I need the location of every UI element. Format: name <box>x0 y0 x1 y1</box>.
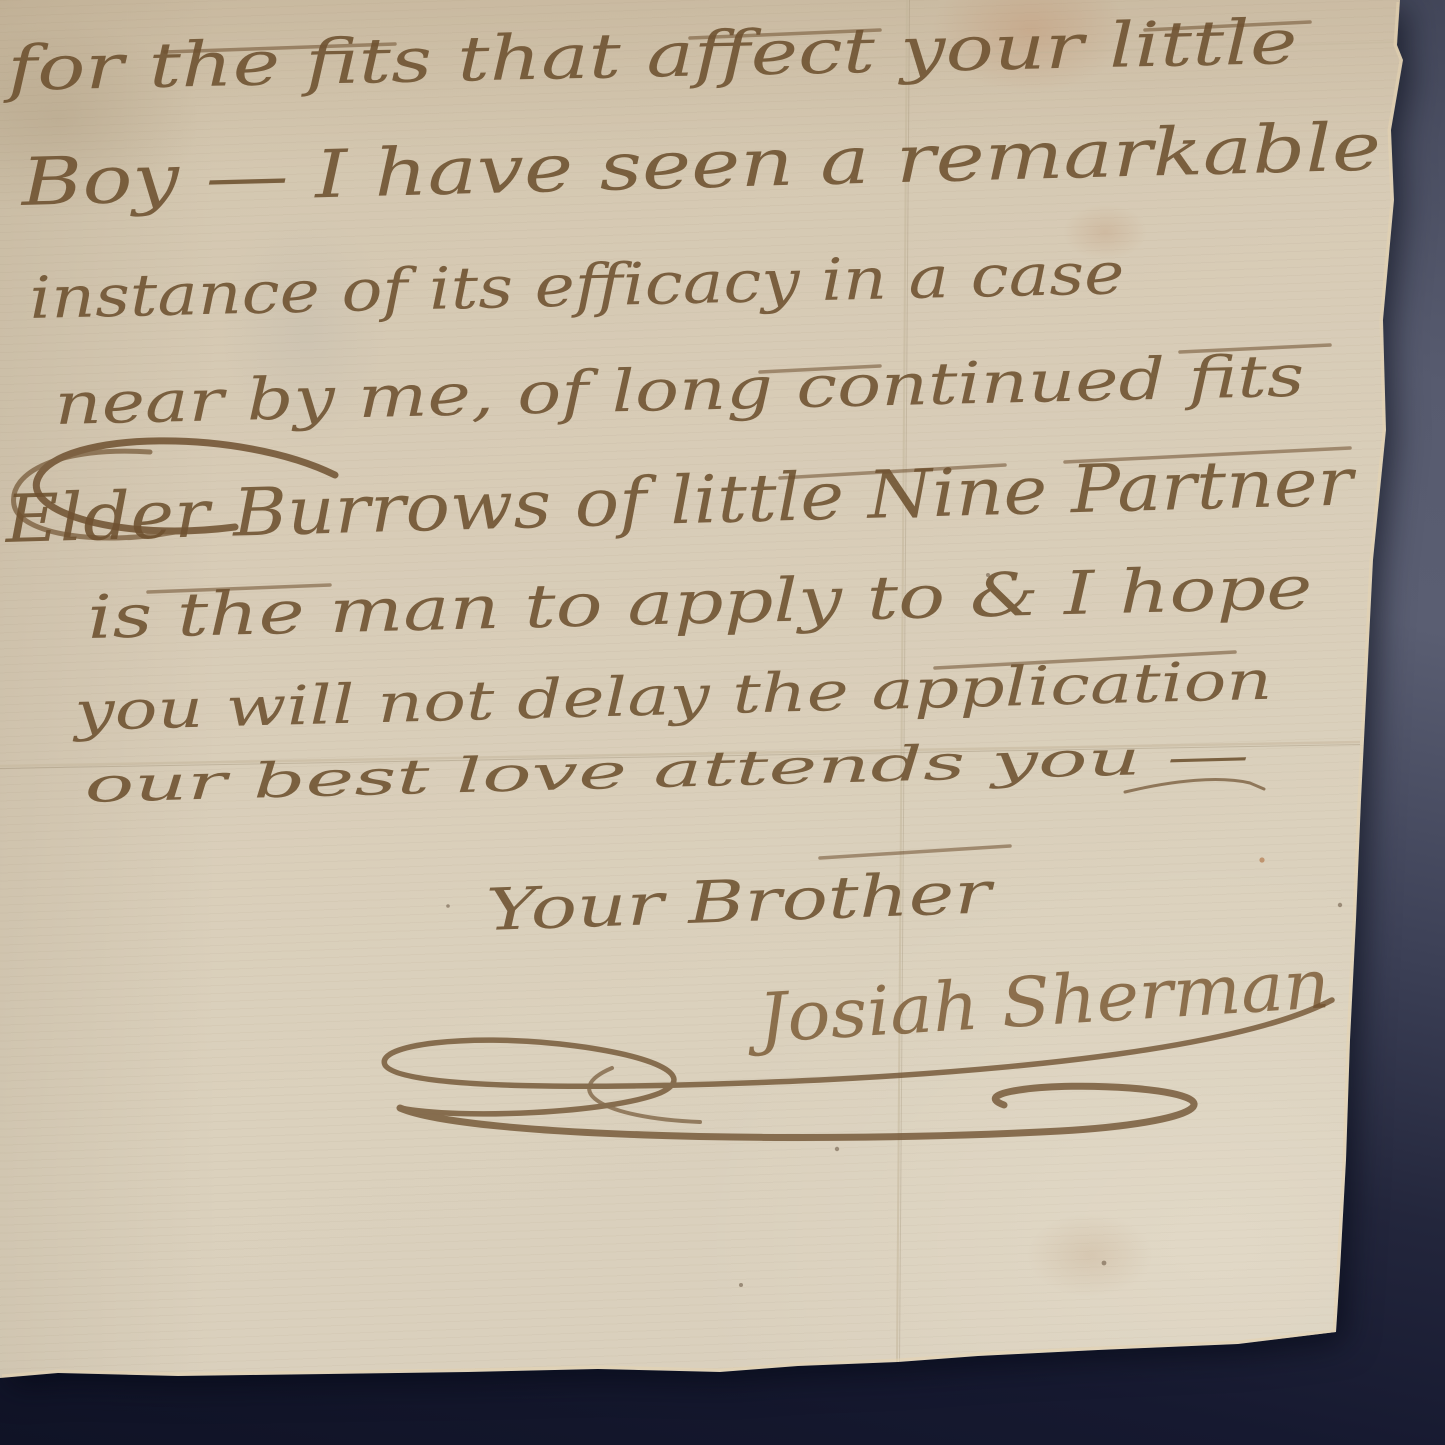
letter-line-6: is the man to apply to & I hope <box>87 553 1313 653</box>
letter-line-4: near by me, of long continued fits <box>54 342 1305 438</box>
letter-paper: for the fits that affect your little Boy… <box>0 0 1445 1445</box>
paper-shadow: for the fits that affect your little Boy… <box>0 0 1445 1445</box>
letter-line-5: Elder Burrows of little Nine Partner <box>3 443 1358 558</box>
letter-line-7: you will not delay the application <box>71 649 1273 743</box>
letter-line-2: Boy — I have seen a remarkable <box>19 108 1382 221</box>
closing-your-brother: Your Brother <box>485 858 996 944</box>
signature: Josiah Sherman <box>744 945 1332 1060</box>
letter-line-3: instance of its efficacy in a case <box>29 239 1125 332</box>
letter-line-8: our best love attends you — <box>84 728 1250 814</box>
letter-line-1: for the fits that affect your little <box>2 5 1298 105</box>
photo-of-letter: for the fits that affect your little Boy… <box>0 0 1445 1445</box>
letter-body: for the fits that affect your little Boy… <box>2 5 1382 814</box>
handwriting-layer: for the fits that affect your little Boy… <box>0 0 1445 1445</box>
